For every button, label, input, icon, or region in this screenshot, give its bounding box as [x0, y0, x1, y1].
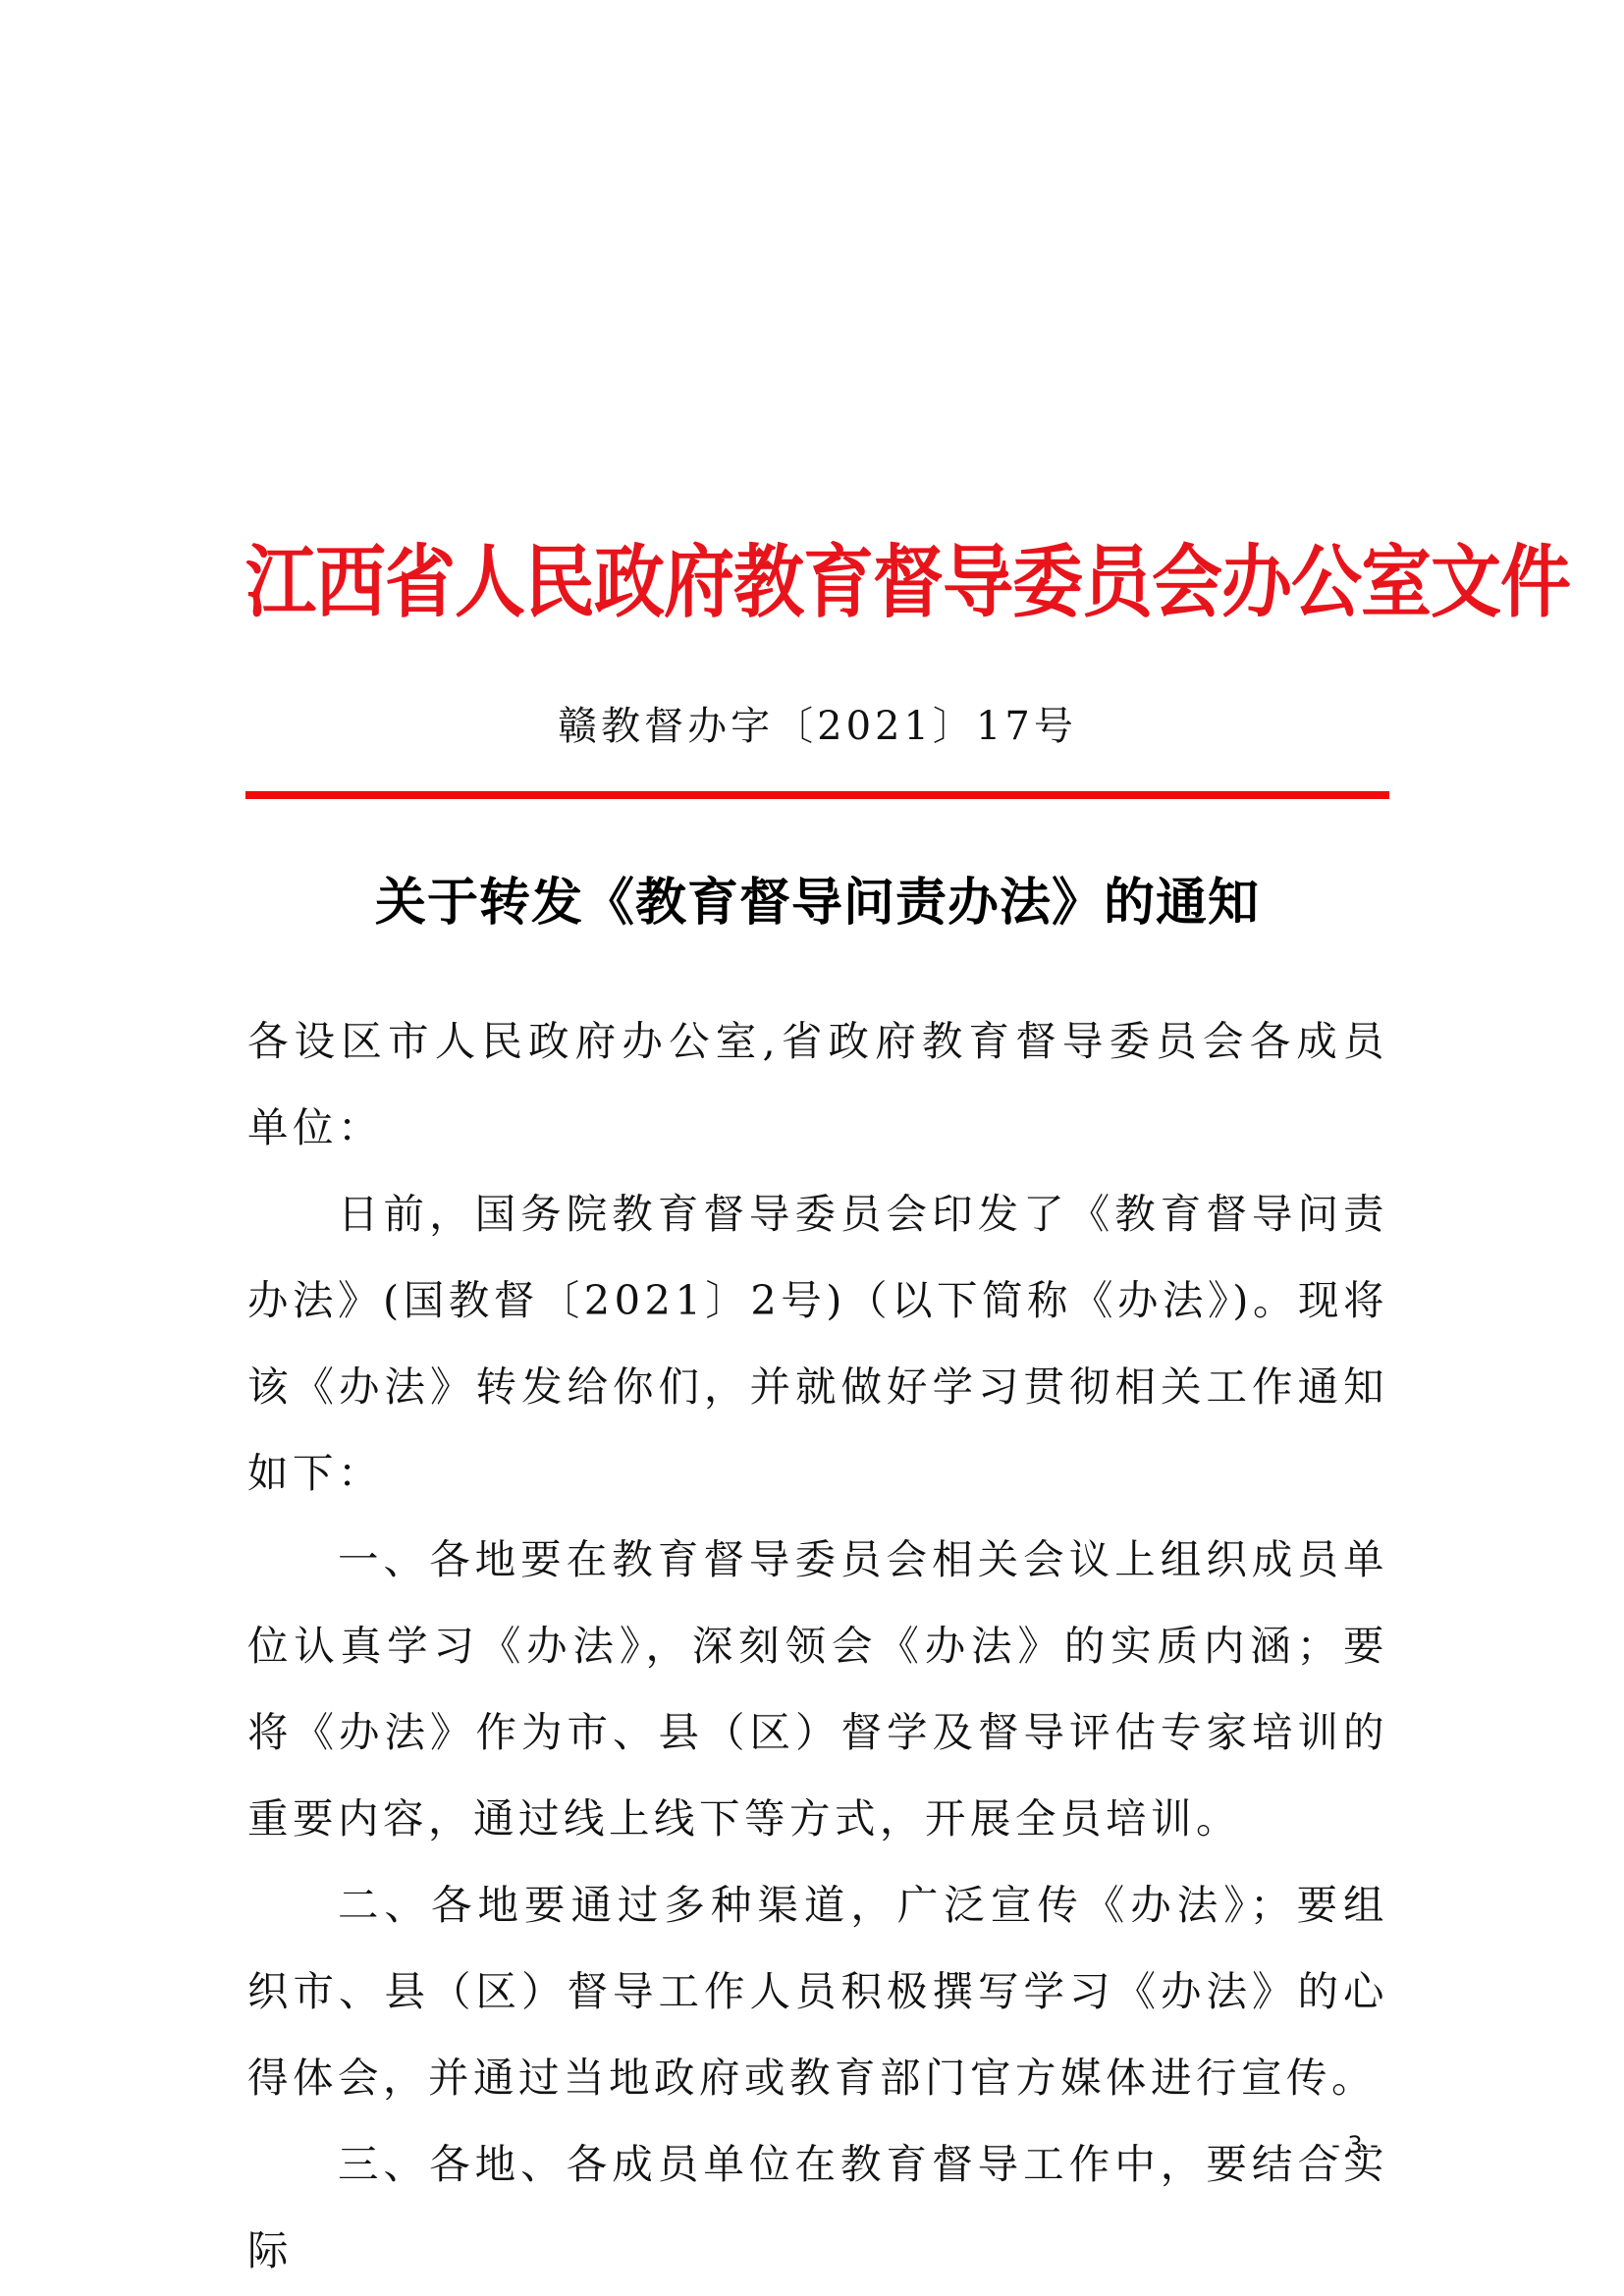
notice-title: 关于转发《教育督导问责办法》的通知: [245, 864, 1389, 942]
red-separator-rule: [245, 791, 1389, 799]
salutation: 各设区市人民政府办公室,省政府教育督导委员会各成员单位：: [247, 998, 1388, 1171]
paragraph-item-1: 一、各地要在教育督导委员会相关会议上组织成员单位认真学习《办法》，深刻领会《办法…: [247, 1517, 1388, 1862]
notice-body: 各设区市人民政府办公室,省政府教育督导委员会各成员单位： 日前，国务院教育督导委…: [247, 998, 1388, 2294]
paragraph-intro: 日前，国务院教育督导委员会印发了《教育督导问责办法》(国教督〔2021〕2号)（…: [247, 1171, 1388, 1517]
issuing-office-masthead: 江西省人民政府教育督导委员会办公室文件: [245, 521, 1389, 642]
paragraph-item-2: 二、各地要通过多种渠道，广泛宣传《办法》；要组织市、县（区）督导工作人员积极撰写…: [247, 1862, 1388, 2121]
page-number: - 3 -: [1316, 2128, 1394, 2162]
paragraph-item-3: 三、各地、各成员单位在教育督导工作中，要结合实际: [247, 2121, 1388, 2294]
document-number: 赣教督办字〔2021〕17号: [245, 699, 1389, 754]
document-page: 江西省人民政府教育督导委员会办公室文件 赣教督办字〔2021〕17号 关于转发《…: [0, 0, 1624, 2296]
